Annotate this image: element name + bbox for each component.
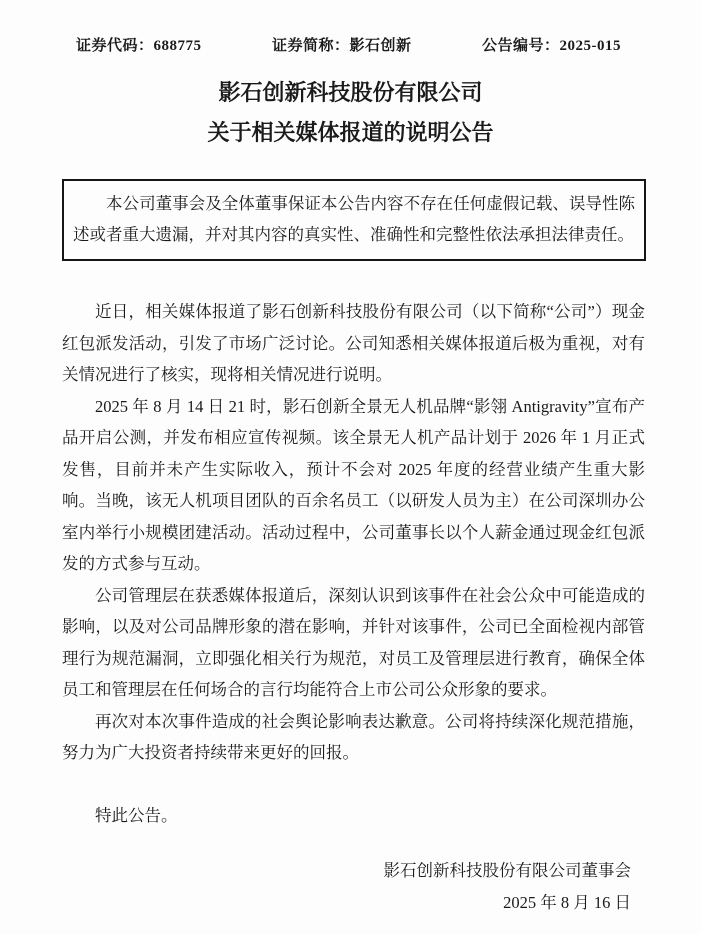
- closing-statement: 特此公告。: [62, 800, 645, 832]
- body-paragraph-3: 公司管理层在获悉媒体报道后，深刻认识到该事件在社会公众中可能造成的影响，以及对公…: [62, 580, 645, 706]
- document-header: 证券代码：688775 证券简称：影石创新 公告编号：2025-015: [0, 0, 701, 55]
- announcement-number: 公告编号：2025-015: [482, 34, 621, 55]
- body-paragraph-4: 再次对本次事件造成的社会舆论影响表达歉意。公司将持续深化规范措施，努力为广大投资…: [62, 706, 645, 769]
- disclaimer-text: 本公司董事会及全体董事保证本公告内容不存在任何虚假记载、误导性陈述或者重大遗漏，…: [73, 194, 635, 244]
- body-paragraph-1: 近日，相关媒体报道了影石创新科技股份有限公司（以下简称“公司”）现金红包派发活动…: [62, 296, 645, 391]
- stock-short-name: 证券简称：影石创新: [272, 34, 412, 55]
- signature-block: 影石创新科技股份有限公司董事会 2025 年 8 月 16 日: [62, 855, 645, 918]
- body-paragraph-2: 2025 年 8 月 14 日 21 时，影石创新全景无人机品牌“影翎 Anti…: [62, 391, 645, 580]
- announcement-date: 2025 年 8 月 16 日: [62, 887, 631, 919]
- announcement-title: 关于相关媒体报道的说明公告: [0, 113, 701, 153]
- announcement-document: 证券代码：688775 证券简称：影石创新 公告编号：2025-015 影石创新…: [0, 0, 701, 934]
- company-name-title: 影石创新科技股份有限公司: [0, 73, 701, 113]
- stock-code: 证券代码：688775: [76, 34, 202, 55]
- board-signature: 影石创新科技股份有限公司董事会: [62, 855, 631, 887]
- announcement-body: 近日，相关媒体报道了影石创新科技股份有限公司（以下简称“公司”）现金红包派发活动…: [0, 261, 701, 918]
- board-disclaimer-box: 本公司董事会及全体董事保证本公告内容不存在任何虚假记载、误导性陈述或者重大遗漏，…: [62, 179, 646, 261]
